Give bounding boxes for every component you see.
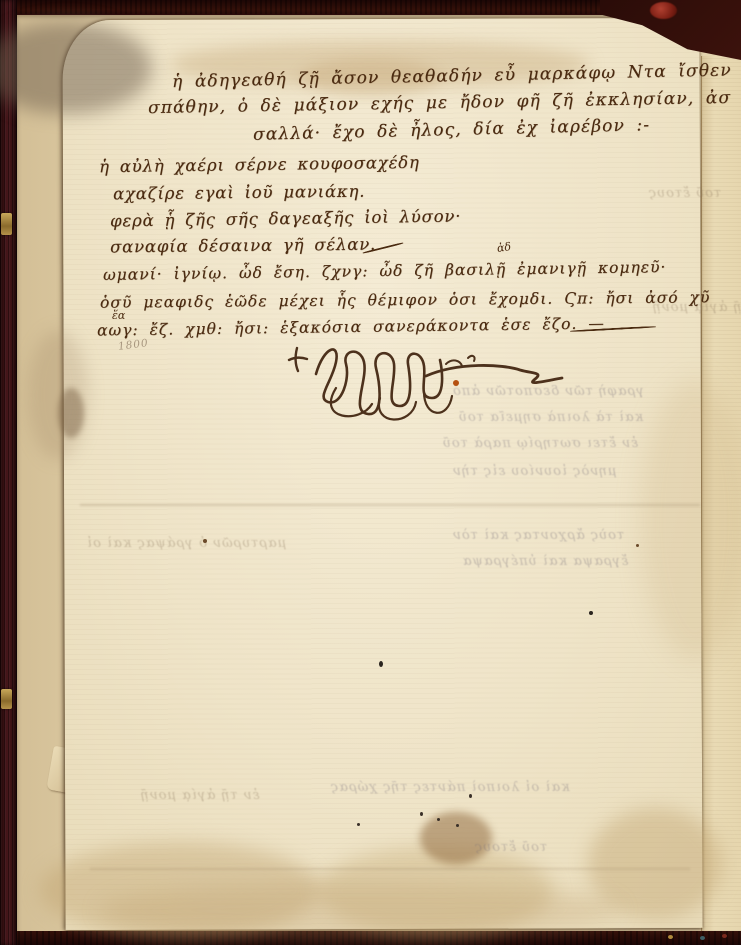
binding-bottom-edge <box>0 931 741 945</box>
bleed-line: μηνὸς ἰουνίου εἰς τὴν <box>452 464 616 479</box>
bleed-line: ἔγραψα καὶ ὑπέγραψα <box>462 554 628 569</box>
book-scan: γραφὴ τῶν δεσποτῶν ἀπὸ καὶ τὰ λοιπὰ σημε… <box>0 0 741 945</box>
handwriting-line: σαναφία δέσαινα γῆ σέλαν. <box>110 235 376 257</box>
superscript-abbreviation: ἕα <box>112 309 125 322</box>
superscript-abbreviation: ἀδ <box>496 240 512 255</box>
bleed-line: τοῦ ἔτους <box>474 840 547 855</box>
endpaper-speck-gold <box>668 935 673 939</box>
bleed-line: τοὺς ἄρχοντας καὶ τὸν <box>452 528 624 543</box>
signature-flourish <box>276 328 576 424</box>
clasp-fitting-top <box>1 213 12 235</box>
bleed-line: μαρτυρῶν ὁ γράψας καὶ οἱ <box>86 536 286 551</box>
signature-ink-svg <box>276 328 576 424</box>
clasp-fitting-bottom <box>1 689 12 709</box>
bleed-line: τοῦ ἔτους <box>648 186 721 201</box>
bleed-line: ἐν ἔτει σωτηρίῳ παρὰ τοῦ <box>442 436 638 451</box>
endpaper-speck-red <box>722 934 727 938</box>
bleed-line: ἐν τῇ ἁγίᾳ μονῇ <box>140 788 260 803</box>
endpaper-speck-teal <box>700 936 705 940</box>
red-wax-spot <box>650 2 677 19</box>
bleed-line: καὶ οἱ λοιποὶ πάντες τῆς χώρας <box>330 780 570 795</box>
handwriting-line: αχαζίρε εγαὶ ἰοῦ μανιάκη. <box>113 182 365 204</box>
binding-spine-left <box>0 0 17 945</box>
